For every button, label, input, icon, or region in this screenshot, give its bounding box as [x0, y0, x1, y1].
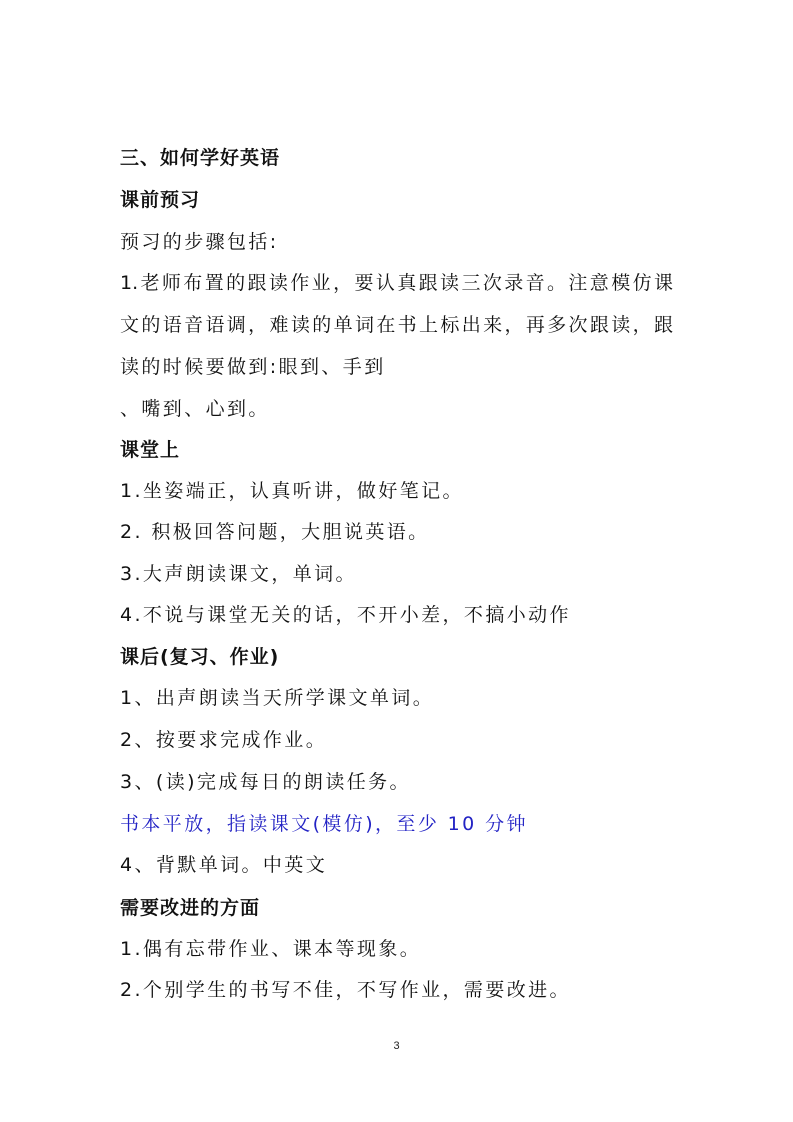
preview-line-3: 读的时候要做到:眼到、手到	[120, 354, 386, 380]
preview-line-4: 、嘴到、心到。	[120, 396, 270, 422]
page-number: 3	[0, 1040, 793, 1052]
preview-line-1: 1.老师布置的跟读作业，要认真跟读三次录音。注意模仿课	[120, 270, 673, 296]
after-class-highlight-note: 书本平放，指读课文(模仿)，至少 10 分钟	[120, 811, 528, 837]
preview-intro: 预习的步骤包括:	[120, 229, 279, 255]
preview-line-2: 文的语音语调，难读的单词在书上标出来，再多次跟读，跟	[120, 312, 673, 338]
in-class-item-4: 4.不说与课堂无关的话，不开小差，不搞小动作	[120, 602, 571, 628]
heading-in-class: 课堂上	[120, 437, 180, 463]
after-class-item-1: 1、出声朗读当天所学课文单词。	[120, 685, 434, 711]
after-class-item-2: 2、按要求完成作业。	[120, 727, 327, 753]
after-class-item-3: 3、(读)完成每日的朗读任务。	[120, 769, 411, 795]
heading-preview: 课前预习	[120, 187, 200, 213]
heading-after-class: 课后(复习、作业)	[120, 644, 279, 670]
in-class-item-2: 2. 积极回答问题，大胆说英语。	[120, 519, 430, 545]
improvement-item-2: 2.个别学生的书写不佳，不写作业，需要改进。	[120, 977, 571, 1003]
section-title: 三、如何学好英语	[120, 145, 280, 171]
in-class-item-1: 1.坐姿端正，认真听讲，做好笔记。	[120, 478, 464, 504]
improvement-item-1: 1.偶有忘带作业、课本等现象。	[120, 936, 421, 962]
in-class-item-3: 3.大声朗读课文，单词。	[120, 561, 357, 587]
document-page: 三、如何学好英语 课前预习 预习的步骤包括: 1.老师布置的跟读作业，要认真跟读…	[0, 0, 793, 1122]
heading-improvements: 需要改进的方面	[120, 895, 260, 921]
after-class-item-4: 4、背默单词。中英文	[120, 852, 327, 878]
